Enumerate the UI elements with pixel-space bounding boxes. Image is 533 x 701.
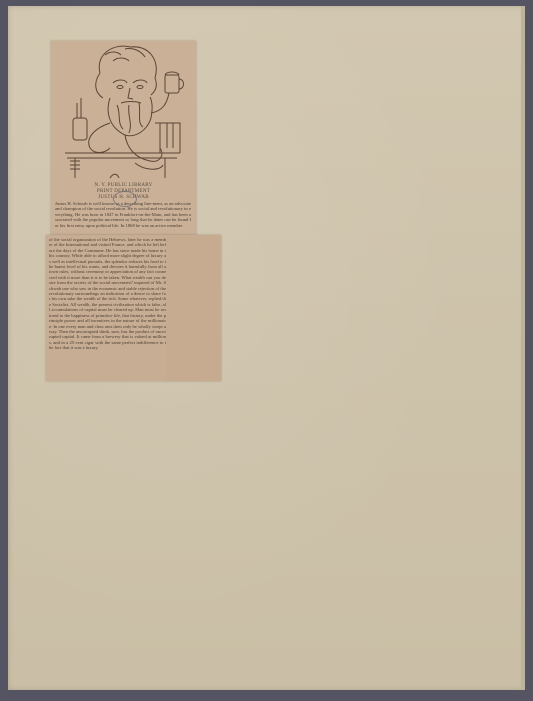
article-text-top: Justus H. Schwab is well known as a desc… <box>55 201 191 237</box>
newspaper-clipping-top: N. Y. PUBLIC LIBRARY PRINT DEPARTMENT JU… <box>51 41 196 238</box>
newspaper-clipping-bottom: of the social organization of the Hebrew… <box>46 235 221 381</box>
caricature-illustration <box>55 43 192 183</box>
article-text-bottom: of the social organization of the Hebrew… <box>49 237 166 377</box>
clipping-blank-margin <box>166 235 221 381</box>
mounting-sheet: N. Y. PUBLIC LIBRARY PRINT DEPARTMENT JU… <box>8 6 525 690</box>
sheet-edge <box>521 6 525 690</box>
